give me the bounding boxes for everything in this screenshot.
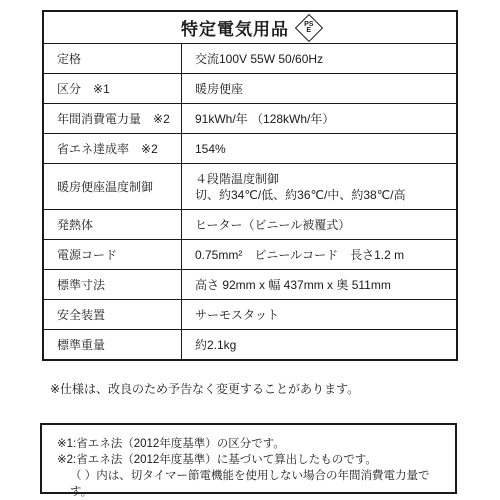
spec-value-cell: 交流100V 55W 50/60Hz (182, 44, 456, 73)
spec-value: サーモスタット (195, 307, 450, 323)
note-marker: ※2 (141, 141, 158, 157)
footnote-1: ※1:省エネ法（2012年度基準）の区分です。 (57, 436, 447, 452)
note-marker: ※2 (153, 111, 170, 127)
spec-value-cell: 91kWh/年 （128kWh/年） (182, 104, 456, 133)
spec-value: ヒーター（ビニール被覆式） (195, 217, 450, 233)
spec-value: 交流100V 55W 50/60Hz (195, 51, 450, 67)
note-marker: ※1 (93, 81, 110, 97)
spec-label-cell: 定格 (44, 44, 182, 73)
table-row: 電源コード 0.75mm² ビニールコード 長さ1.2 m (44, 239, 456, 269)
footnotes-box: ※1:省エネ法（2012年度基準）の区分です。 ※2:省エネ法（2012年度基準… (40, 423, 457, 494)
spec-label: 省エネ達成率 (57, 141, 129, 157)
table-row: 発熱体 ヒーター（ビニール被覆式） (44, 209, 456, 239)
table-row: 安全装置 サーモスタット (44, 299, 456, 329)
table-row: 定格 交流100V 55W 50/60Hz (44, 43, 456, 73)
spec-label: 定格 (57, 51, 81, 67)
table-row: 年間消費電力量 ※2 91kWh/年 （128kWh/年） (44, 103, 456, 133)
spec-label: 電源コード (57, 247, 117, 263)
spec-label: 安全装置 (57, 307, 105, 323)
spec-value-cell: 0.75mm² ビニールコード 長さ1.2 m (182, 240, 456, 269)
spec-value: 暖房便座 (195, 81, 450, 97)
spec-value-cell: 高さ 92mm x 幅 437mm x 奥 511mm (182, 270, 456, 299)
spec-value-line2: 切、約34℃/低、約36℃/中、約38℃/高 (195, 187, 450, 203)
spec-value-cell: 約2.1kg (182, 330, 456, 359)
spec-value-cell: ヒーター（ビニール被覆式） (182, 210, 456, 239)
spec-value: 154% (195, 141, 450, 157)
page-title: 特定電気用品 (181, 15, 289, 40)
spec-change-disclaimer: ※仕様は、改良のため予告なく変更することがあります。 (50, 381, 359, 397)
spec-value-cell: ４段階温度制御 切、約34℃/低、約36℃/中、約38℃/高 (182, 164, 456, 209)
spec-label-cell: 電源コード (44, 240, 182, 269)
footnote-2: ※2:省エネ法（2012年度基準）に基づいて算出したものです。 (57, 452, 447, 468)
spec-value: 約2.1kg (195, 337, 450, 353)
table-row: 省エネ達成率 ※2 154% (44, 133, 456, 163)
pse-diamond-mark-icon: PS E (295, 13, 323, 41)
spec-value-cell: 暖房便座 (182, 74, 456, 103)
spec-value: ４段階温度制御 (195, 171, 450, 187)
table-header-row: 特定電気用品 PS E (44, 12, 456, 43)
table-row: 標準寸法 高さ 92mm x 幅 437mm x 奥 511mm (44, 269, 456, 299)
spec-sheet-page: 特定電気用品 PS E 定格 交流100V 55W 50/60Hz 区分 ※1 (0, 0, 500, 500)
pse-mark-bottom: E (307, 28, 312, 34)
spec-value: 高さ 92mm x 幅 437mm x 奥 511mm (195, 277, 450, 293)
spec-value: 0.75mm² ビニールコード 長さ1.2 m (195, 247, 450, 263)
table-row: 区分 ※1 暖房便座 (44, 73, 456, 103)
spec-value-cell: 154% (182, 134, 456, 163)
spec-label-cell: 省エネ達成率 ※2 (44, 134, 182, 163)
table-row: 暖房便座温度制御 ４段階温度制御 切、約34℃/低、約36℃/中、約38℃/高 (44, 163, 456, 209)
pse-mark-text: PS E (304, 22, 313, 34)
spec-label: 年間消費電力量 (57, 111, 141, 127)
spec-label-cell: 発熱体 (44, 210, 182, 239)
spec-label: 暖房便座温度制御 (57, 179, 153, 195)
spec-table: 特定電気用品 PS E 定格 交流100V 55W 50/60Hz 区分 ※1 (42, 10, 458, 361)
spec-label: 標準寸法 (57, 277, 105, 293)
spec-label-cell: 暖房便座温度制御 (44, 164, 182, 209)
spec-label-cell: 区分 ※1 (44, 74, 182, 103)
footnote-2-continued: （ ）内は、切タイマー節電機能を使用しない場合の年間消費電力量です。 (57, 468, 447, 500)
table-row: 標準重量 約2.1kg (44, 329, 456, 359)
spec-label-cell: 安全装置 (44, 300, 182, 329)
spec-label: 区分 (57, 81, 81, 97)
spec-label: 発熱体 (57, 217, 93, 233)
spec-value: 91kWh/年 （128kWh/年） (195, 111, 450, 127)
spec-label-cell: 標準寸法 (44, 270, 182, 299)
spec-value-cell: サーモスタット (182, 300, 456, 329)
spec-label-cell: 年間消費電力量 ※2 (44, 104, 182, 133)
spec-label: 標準重量 (57, 337, 105, 353)
spec-label-cell: 標準重量 (44, 330, 182, 359)
